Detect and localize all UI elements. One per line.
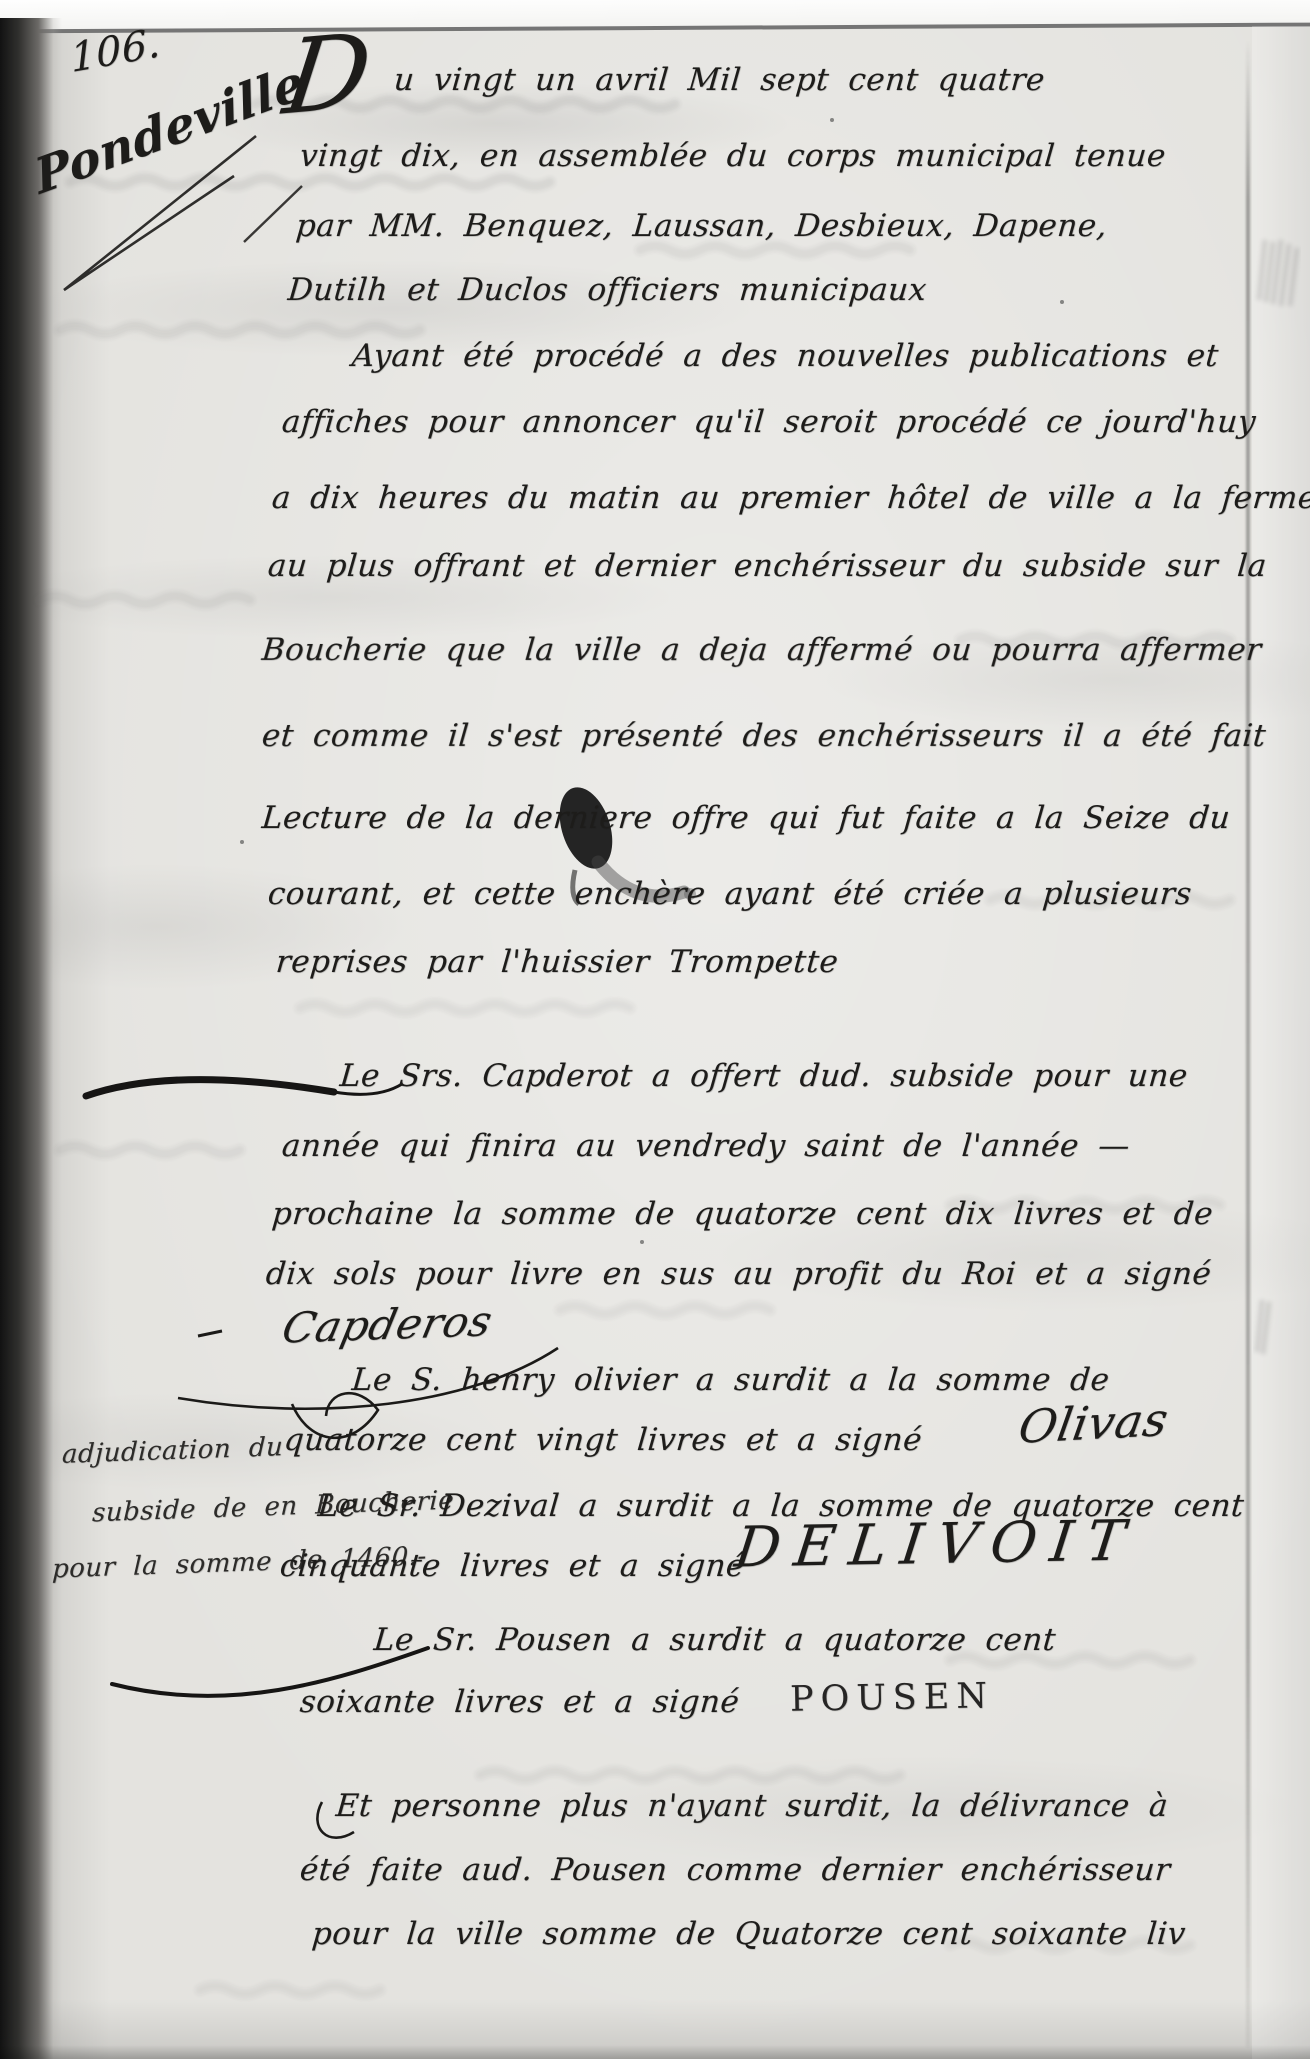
text-line: Le Srs. Capderot a offert dud. subside p… [338,1058,1189,1094]
signature-dash [198,1331,222,1336]
olivier-signature: Olivas [1015,1392,1172,1454]
text-line: Et personne plus n'ayant surdit, la déli… [334,1788,1169,1824]
text-line: affiches pour annoncer qu'il seroit proc… [280,404,1257,440]
text-line: prochaine la somme de quatorze cent dix … [270,1196,1214,1232]
text-line: et comme il s'est présenté des enchériss… [260,718,1267,754]
manuscript-page-scan: 106. Pondeville adjudication du subside … [0,0,1310,2059]
drop-cap-initial: D [279,19,377,130]
pousen-signature: POUSEN [790,1676,995,1720]
ink-flourishes-layer [0,0,1310,2059]
page-bottom-shadow [0,2045,1310,2059]
text-line: Lecture de la derniere offre qui fut fai… [260,800,1231,836]
text-line: reprises par l'huissier Trompette [274,944,839,980]
text-line: Ayant été procédé a des nouvelles public… [350,338,1220,374]
text-line: a dix heures du matin au premier hôtel d… [270,480,1310,516]
text-line: cinquante livres et a signé [278,1548,746,1584]
margin-note-line: adjudication du [62,1432,284,1470]
text-line: dix sols pour livre en sus au profit du … [264,1256,1213,1292]
paragraph-swash [86,1080,334,1096]
page-fold-line [1246,40,1250,2047]
text-line: été faite aud. Pousen comme dernier ench… [298,1852,1172,1888]
text-line: soixante livres et a signé [298,1684,740,1720]
text-line: Dutilh et Duclos officiers municipaux [286,272,928,308]
text-line: Le Sr. Pousen a surdit a quatorze cent [372,1622,1057,1658]
scanner-top-strip [0,0,1310,33]
text-line: année qui finira au vendredy saint de l'… [280,1128,1131,1164]
dezival-signature: DELIVOIT [732,1508,1143,1580]
right-margin-band [1252,26,1310,2059]
text-line: au plus offrant et dernier enchérisseur … [266,548,1268,584]
initial-letter-tail [244,186,302,242]
text-line: Le S. henry olivier a surdit a la somme … [350,1362,1111,1398]
text-line: quatorze cent vingt livres et a signé [282,1422,923,1458]
text-line: Boucherie que la ville a deja affermé ou… [260,632,1263,668]
paper-mottling [0,0,1310,2059]
book-binding-edge [0,18,62,2059]
text-line: vingt dix, en assemblée du corps municip… [298,138,1167,174]
capderot-signature: Capderos [278,1296,497,1352]
text-line: u vingt un avril Mil sept cent quatre [392,62,1046,98]
text-line: par MM. Benquez, Laussan, Desbieux, Dape… [294,208,1108,244]
text-line: pour la ville somme de Quatorze cent soi… [310,1916,1187,1952]
text-line: courant, et cette enchère ayant été crié… [266,876,1193,912]
